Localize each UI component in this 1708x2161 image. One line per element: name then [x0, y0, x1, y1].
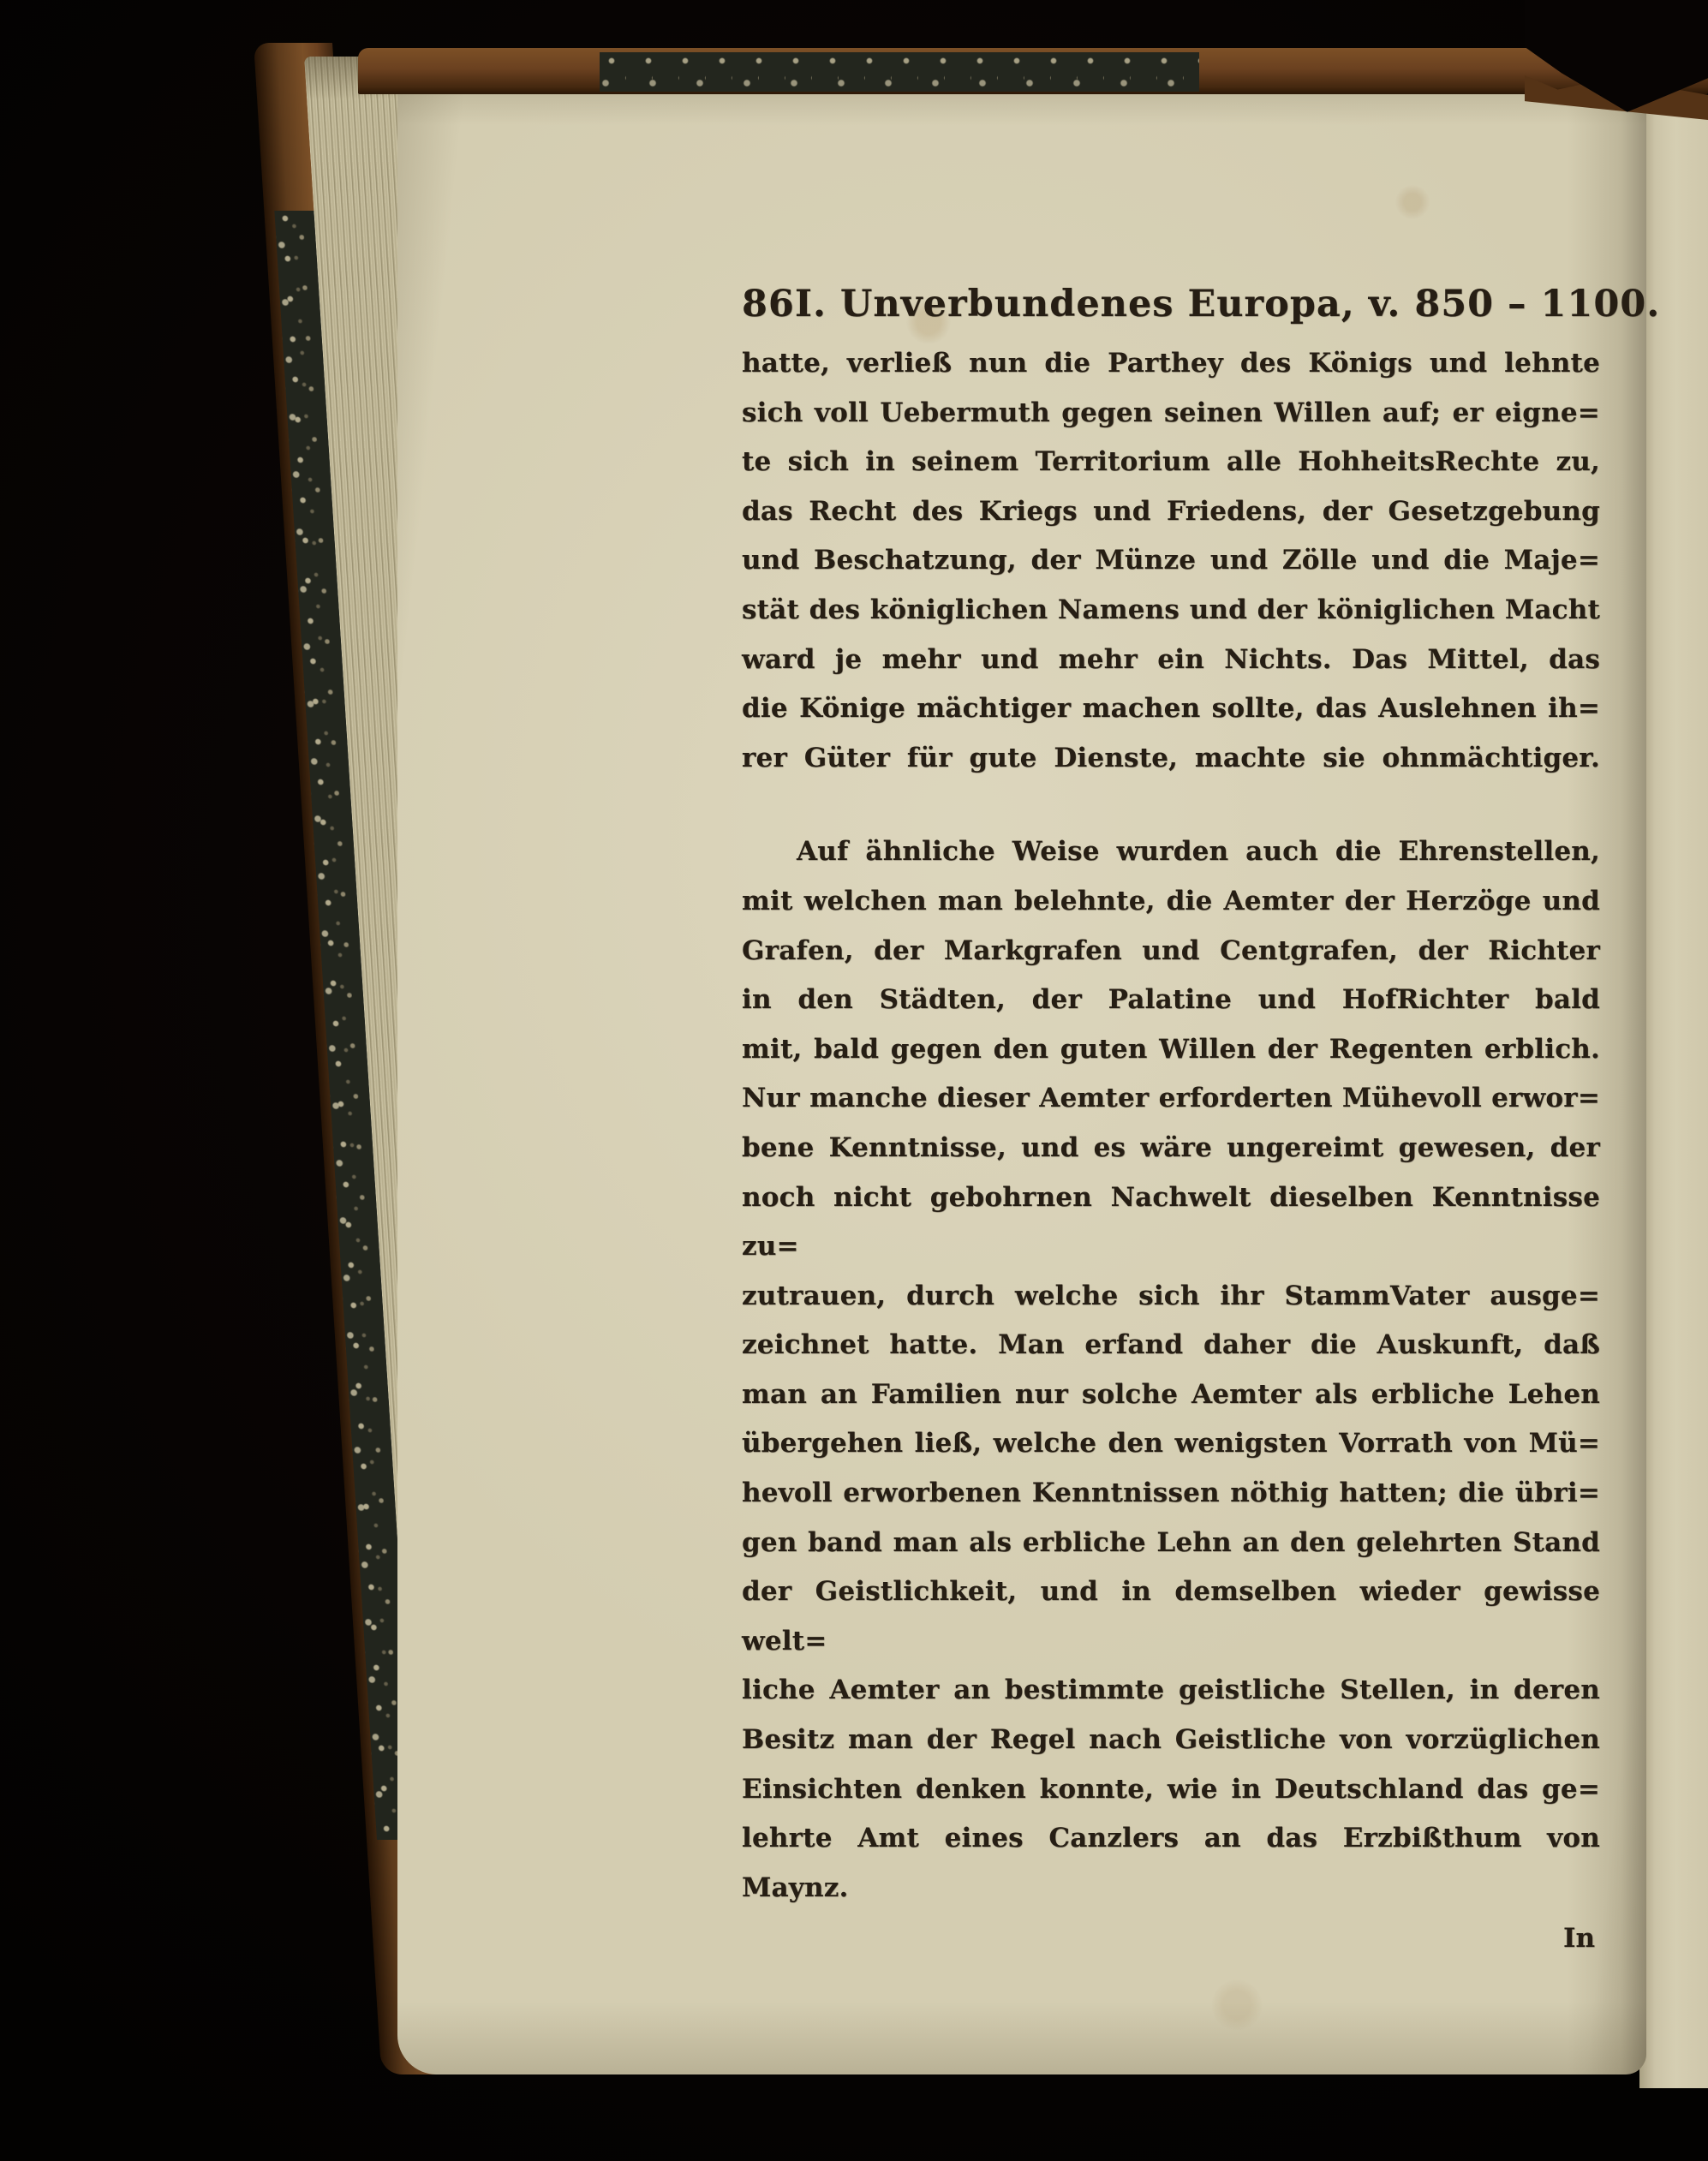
- top-cover-edge: [358, 48, 1708, 94]
- text-line: mit, bald gegen den guten Willen der Reg…: [742, 1025, 1600, 1075]
- text-line: stät des königlichen Namens und der köni…: [742, 586, 1600, 636]
- book-photo: 86 I. Unverbundenes Europa, v. 850 – 110…: [0, 0, 1708, 2161]
- text-line: rer Güter für gute Dienste, machte sie o…: [742, 734, 1600, 784]
- text-line: der Geistlichkeit, und in demselben wied…: [742, 1567, 1600, 1666]
- text-line: bene Kenntnisse, und es wäre ungereimt g…: [742, 1124, 1600, 1173]
- text-line: zutrauen, durch welche sich ihr StammVat…: [742, 1272, 1600, 1322]
- text-line: die Könige mächtiger machen sollte, das …: [742, 684, 1600, 734]
- text-line: te sich in seinem Territorium alle Hohhe…: [742, 438, 1600, 487]
- text-line: man an Familien nur solche Aemter als er…: [742, 1370, 1600, 1420]
- top-cover-marbled-section: [600, 52, 1199, 92]
- text-line: zeichnet hatte. Man erfand daher die Aus…: [742, 1321, 1600, 1370]
- text-line: Maynz.: [742, 1864, 1600, 1913]
- text-line: gen band man als erbliche Lehn an den ge…: [742, 1519, 1600, 1568]
- text-line: ward je mehr und mehr ein Nichts. Das Mi…: [742, 636, 1600, 685]
- text-line: Besitz man der Regel nach Geistliche von…: [742, 1716, 1600, 1765]
- text-line: in den Städten, der Palatine und HofRich…: [742, 976, 1600, 1025]
- printed-text-block: 86 I. Unverbundenes Europa, v. 850 – 110…: [742, 283, 1600, 1954]
- text-line: Auf ähnliche Weise wurden auch die Ehren…: [742, 827, 1600, 877]
- text-line: liche Aemter an bestimmte geistliche Ste…: [742, 1666, 1600, 1716]
- paragraph-2: Auf ähnliche Weise wurden auch die Ehren…: [742, 827, 1600, 1913]
- text-line: sich voll Uebermuth gegen seinen Willen …: [742, 389, 1600, 439]
- text-line: noch nicht gebohrnen Nachwelt dieselben …: [742, 1173, 1600, 1272]
- running-header-row: 86 I. Unverbundenes Europa, v. 850 – 110…: [742, 283, 1600, 325]
- text-line: Grafen, der Markgrafen und Centgrafen, d…: [742, 927, 1600, 976]
- text-line: übergehen ließ, welche den wenigsten Vor…: [742, 1419, 1600, 1469]
- text-line: hevoll erworbenen Kenntnissen nöthig hat…: [742, 1469, 1600, 1519]
- text-line: Nur manche dieser Aemter erforderten Müh…: [742, 1074, 1600, 1124]
- text-line: hatte, verließ nun die Parthey des König…: [742, 339, 1600, 389]
- page-number: 86: [742, 283, 795, 325]
- text-line: mit welchen man belehnte, die Aemter der…: [742, 877, 1600, 927]
- text-line: lehrte Amt eines Canzlers an das Erzbißt…: [742, 1814, 1600, 1864]
- text-line: und Beschatzung, der Münze und Zölle und…: [742, 536, 1600, 586]
- running-header: I. Unverbundenes Europa, v. 850 – 1100.: [795, 283, 1660, 325]
- text-line: das Recht des Kriegs und Friedens, der G…: [742, 487, 1600, 537]
- text-line: Einsichten denken konnte, wie in Deutsch…: [742, 1765, 1600, 1815]
- catchword: In: [742, 1923, 1600, 1954]
- paragraph-1: hatte, verließ nun die Parthey des König…: [742, 339, 1600, 783]
- underlying-page-edge: [1639, 96, 1708, 2088]
